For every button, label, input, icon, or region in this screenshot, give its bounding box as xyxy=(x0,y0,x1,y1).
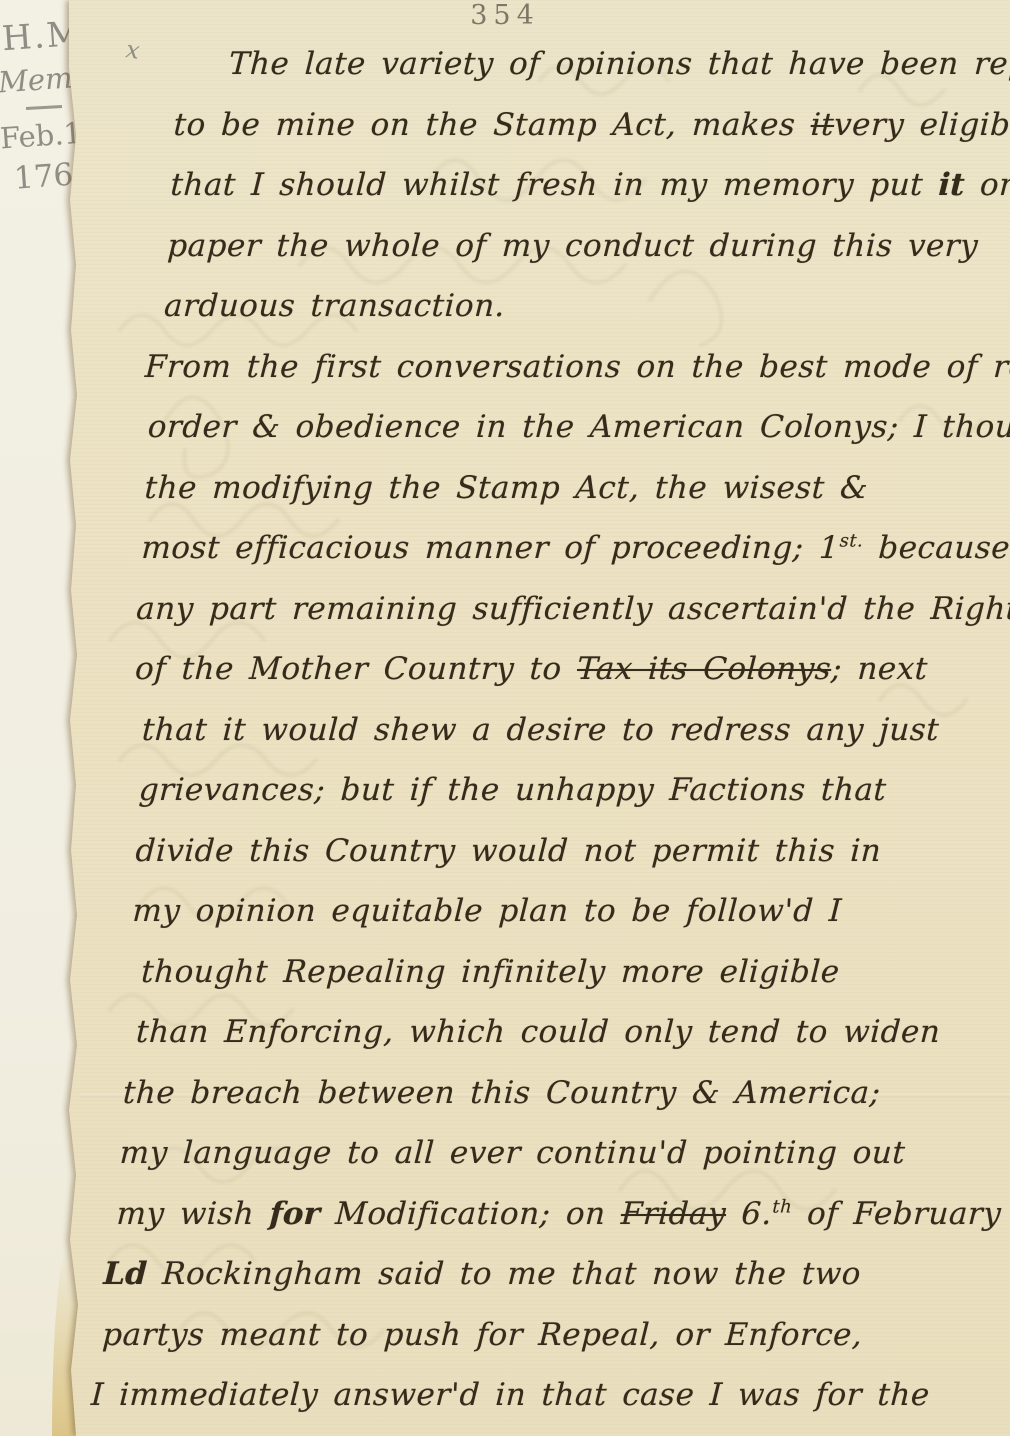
manuscript-line: I immediately answer'd in that case I wa… xyxy=(90,1365,989,1426)
manuscript-page: 354 x The late variety of opinions that … xyxy=(0,0,1010,1436)
manuscript-line: paper the whole of my conduct during thi… xyxy=(166,216,1010,277)
manuscript-line: that it would shew a desire to redress a… xyxy=(140,700,1010,761)
page-number: 354 xyxy=(0,0,1010,31)
manuscript-line: order & obedience in the American Colony… xyxy=(146,397,1010,458)
manuscript-page-wrap: 354 x The late variety of opinions that … xyxy=(0,0,1010,1436)
manuscript-line: most efficacious manner of proceeding; 1… xyxy=(140,518,1010,579)
manuscript-line: the modifying the Stamp Act, the wisest … xyxy=(143,458,1010,519)
manuscript-line: Ld Rockingham said to me that now the tw… xyxy=(102,1244,995,1305)
manuscript-line: my opinion equitable plan to be follow'd… xyxy=(131,881,1010,942)
manuscript-line: divide this Country would not permit thi… xyxy=(134,821,1010,882)
manuscript-line: grievances; but if the unhappy Factions … xyxy=(137,760,1010,821)
manuscript-line: of the Mother Country to Tax its Colonys… xyxy=(134,639,1010,700)
manuscript-lines: The late variety of opinions that have b… xyxy=(106,34,1010,1426)
manuscript-line: than Enforcing, which could only tend to… xyxy=(135,1002,1008,1063)
manuscript-line: the breach between this Country & Americ… xyxy=(121,1063,1004,1124)
manuscript-line: my wish for Modification; on Friday 6.th… xyxy=(115,1184,998,1245)
manuscript-line: thought Repealing infinitely more eligib… xyxy=(140,942,1010,1003)
manuscript-line: any part remaining sufficiently ascertai… xyxy=(135,579,1010,640)
manuscript-line: The late variety of opinions that have b… xyxy=(227,34,1010,95)
manuscript-line: From the first conversations on the best… xyxy=(143,337,1010,398)
manuscript-line: partys meant to push for Repeal, or Enfo… xyxy=(101,1305,992,1366)
manuscript-line: to be mine on the Stamp Act, makes itver… xyxy=(172,95,1010,156)
manuscript-line: arduous transaction. xyxy=(163,276,1010,337)
manuscript-line: my language to all ever continu'd pointi… xyxy=(118,1123,1001,1184)
manuscript-line: that I should whilst fresh in my memory … xyxy=(169,155,1010,216)
x-annotation: x xyxy=(124,35,141,65)
manuscript-scan: H.M. Memon Feb.11 1766 xyxy=(0,0,1010,1436)
